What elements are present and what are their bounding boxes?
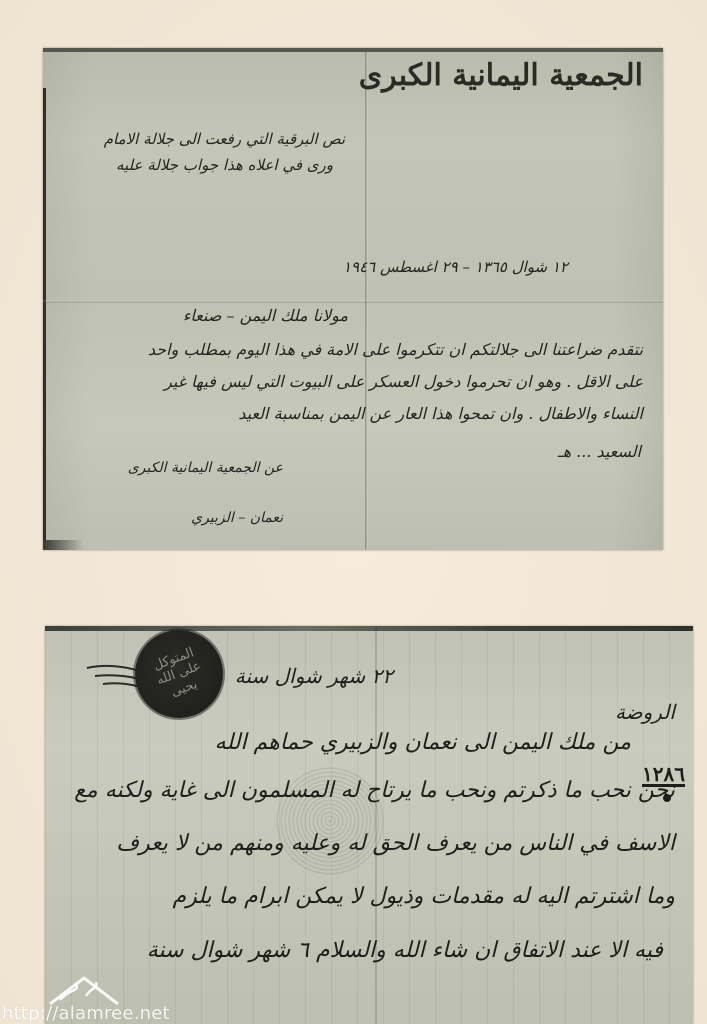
handwritten-line: الاسف في الناس من يعرف الحق له وعليه ومن…	[116, 831, 675, 856]
handwritten-line: نحن نحب ما ذكرتم ونحب ما يرتاح له المسلم…	[74, 778, 675, 803]
body-line: السعيد ... هـ	[558, 442, 641, 461]
signatories: نعمان – الزبيري	[191, 510, 283, 527]
reply-letter-document: المتوكل على الله يحيى ٢٢ شهر شوال سنة ال…	[45, 626, 693, 1024]
handwritten-line: وما اشترتم اليه له مقدمات وذيول لا يمكن …	[173, 884, 675, 909]
site-watermark: http://alamree.net	[0, 970, 180, 1024]
addressee: مولانا ملك اليمن – صنعاء	[183, 306, 348, 325]
document-edge	[45, 626, 693, 631]
letter-place: الروضة	[615, 700, 675, 724]
body-line: النساء والاطفال . وان تمحوا هذا العار عن…	[238, 404, 643, 423]
ink-smudge	[43, 540, 83, 550]
royal-seal: المتوكل على الله يحيى	[135, 630, 223, 718]
handwritten-line: فيه الا عند الاتفاق ان شاء الله والسلام …	[147, 938, 663, 963]
body-line: نتقدم ضراعتنا الى جلالتكم ان تتكرموا على…	[148, 340, 643, 359]
handwritten-line: من ملك اليمن الى نعمان والزبيري حماهم ال…	[215, 730, 631, 755]
document-edge	[43, 48, 663, 52]
watermark-url: http://alamree.net	[2, 1003, 170, 1024]
telegram-date: ١٢ شوال ١٣٦٥ – ٢٩ اغسطس ١٩٤٦	[343, 258, 568, 276]
note-line: نص البرقية التي رفعت الى جلالة الامام	[104, 130, 345, 148]
signature-organization: عن الجمعية اليمانية الكبرى	[128, 460, 283, 477]
telegram-document: الجمعية اليمانية الكبرى نص البرقية التي …	[43, 48, 663, 550]
margin-line	[43, 88, 46, 548]
note-line: ورى في اعلاه هذا جواب جلالة عليه	[116, 156, 333, 174]
letter-date-header: ٢٢ شهر شوال سنة	[235, 664, 393, 688]
letterhead-title: الجمعية اليمانية الكبرى	[359, 58, 643, 93]
body-line: على الاقل . وهو ان تحرموا دخول العسكر عل…	[164, 372, 643, 391]
